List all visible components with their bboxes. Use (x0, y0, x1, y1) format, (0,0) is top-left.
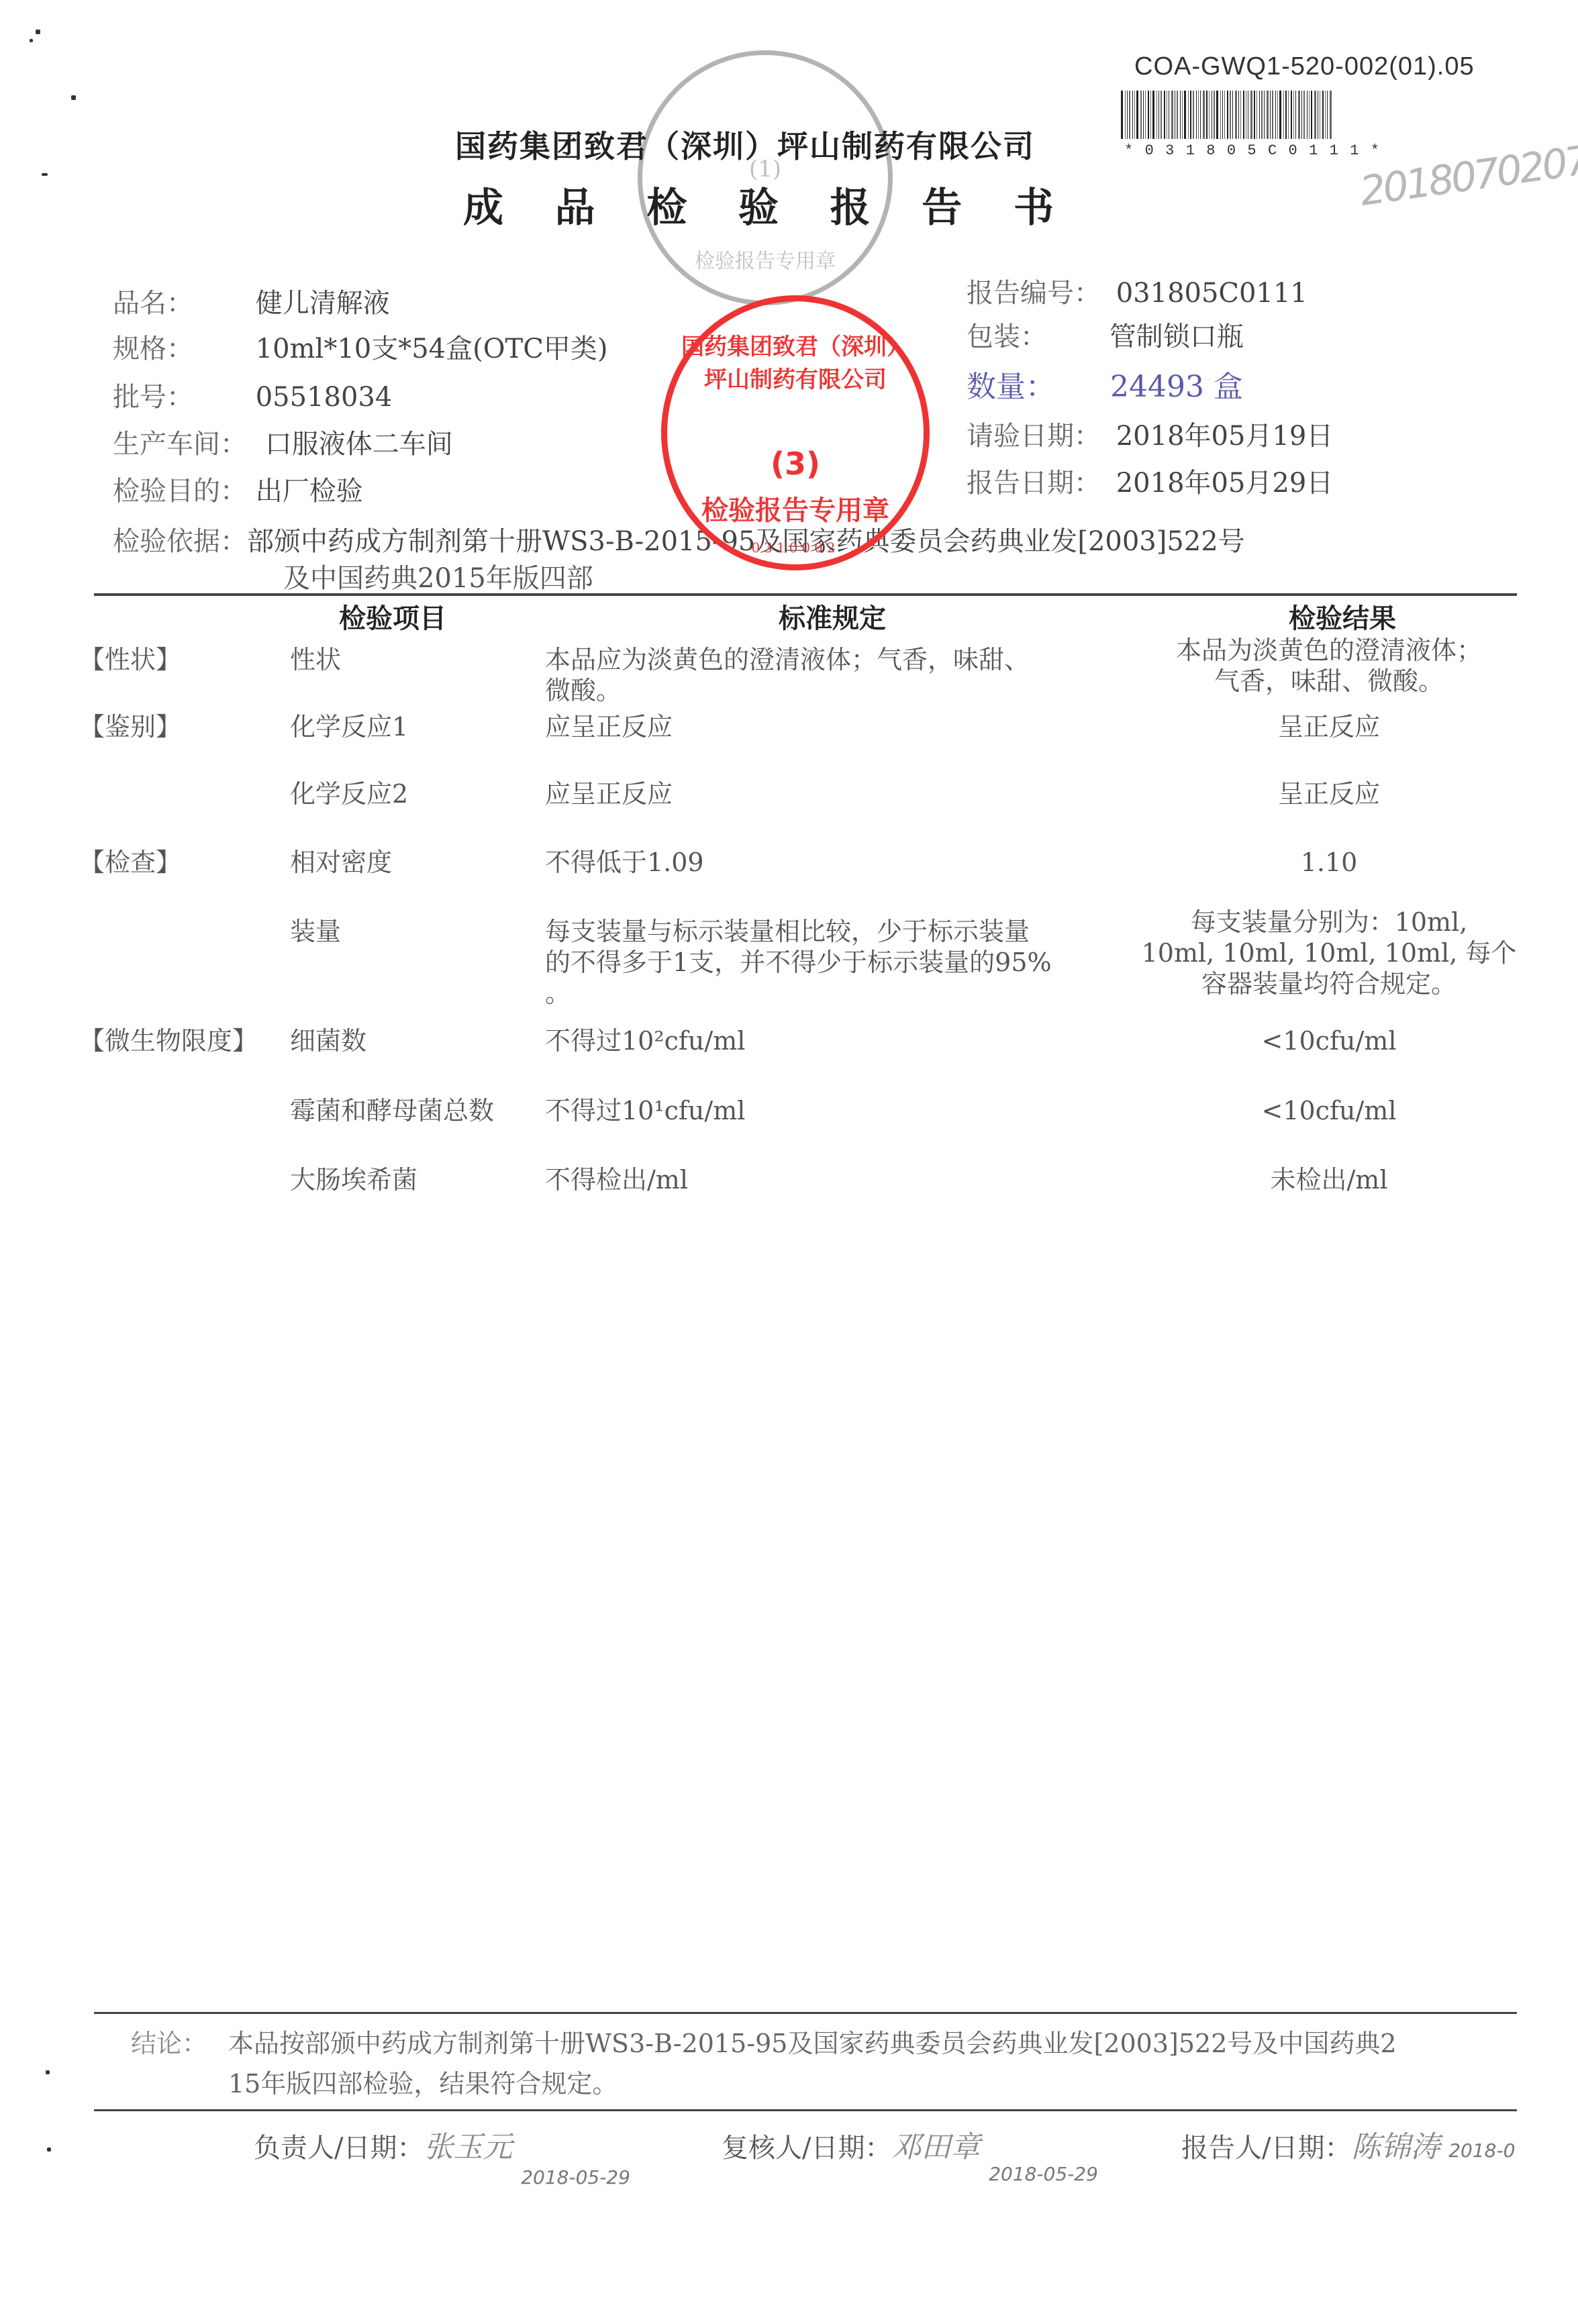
barcode-bar (1212, 91, 1212, 139)
row-item: 化学反应1 (290, 711, 408, 742)
barcode-bar (1224, 91, 1225, 139)
barcode-bar (1169, 91, 1169, 139)
basis-line-2: 及中国药典2015年版四部 (283, 557, 593, 595)
result-line: 呈正反应 (1141, 778, 1517, 809)
row-result: <10cfu/ml (1141, 1025, 1517, 1056)
column-header-result: 检验结果 (1289, 597, 1396, 636)
barcode-bar (1240, 91, 1241, 139)
barcode-bar (1188, 91, 1189, 139)
result-line: 1.10 (1141, 847, 1517, 878)
barcode-char: 1 (1350, 142, 1359, 159)
scan-speck (42, 173, 48, 176)
stamp-label: 检验报告专用章 (642, 244, 888, 274)
barcode-char: 3 (1165, 142, 1174, 159)
title-char: 书 (1014, 176, 1054, 234)
barcode-bar (1295, 91, 1296, 139)
column-header-standard: 标准规定 (779, 597, 886, 636)
barcode-bar (1259, 91, 1260, 139)
field-label: 请验日期： (967, 415, 1101, 453)
field-report-number: 报告编号： 031805C0111 (967, 272, 1308, 310)
conclusion: 结论：本品按部颁中药成方制剂第十册WS3-B-2015-95及国家药典委员会药典… (131, 2023, 1554, 2104)
barcode-bar (1330, 91, 1332, 139)
barcode-bar (1206, 91, 1207, 139)
barcode-bar (1293, 91, 1294, 139)
standard-line: 不得过10¹cfu/ml (545, 1095, 745, 1126)
result-line: 未检出/ml (1141, 1164, 1517, 1195)
conclusion-top-rule (94, 2012, 1517, 2014)
standard-line: 应呈正反应 (545, 711, 673, 742)
barcode-bar (1198, 91, 1199, 139)
barcode-bar (1275, 91, 1276, 139)
title-char: 检 (646, 176, 687, 234)
row-category: 【微生物限度】 (79, 1025, 258, 1056)
barcode-bar (1303, 91, 1305, 139)
field-value: 24493 盒 (1110, 370, 1243, 404)
document-number: COA-GWQ1-520-002(01).05 (1134, 52, 1475, 81)
signature-label: 负责人/日期： (254, 2133, 424, 2164)
row-item: 细菌数 (290, 1025, 366, 1056)
barcode-bar (1320, 91, 1320, 139)
field-value: 出厂检验 (256, 476, 363, 507)
title-char: 报 (830, 176, 871, 234)
standard-line: 的不得多于1支，并不得少于标示装量的95% (545, 947, 1052, 978)
barcode-char: 0 (1145, 142, 1154, 159)
field-value: 05518034 (256, 382, 393, 413)
standard-line: 应呈正反应 (545, 778, 673, 809)
field-purpose: 检验目的： 出厂检验 (113, 470, 363, 508)
barcode-char: 1 (1330, 142, 1338, 159)
standard-line: 。 (545, 978, 1052, 1009)
barcode-bar (1285, 91, 1287, 139)
stamp-ring-text: 国药集团致君（深圳）坪山制药有限公司 (681, 328, 910, 394)
barcode-bar (1190, 91, 1191, 139)
title-char: 成 (463, 176, 503, 234)
scan-speck (36, 30, 40, 34)
signature-label: 报告人/日期： (1181, 2133, 1351, 2164)
barcode-bar (1177, 91, 1178, 139)
row-result: 呈正反应 (1141, 778, 1517, 809)
standard-line: 不得检出/ml (545, 1164, 688, 1195)
column-header-item: 检验项目 (339, 597, 446, 636)
barcode-bar (1171, 91, 1173, 139)
row-result: 本品为淡黄色的澄清液体；气香，味甜、微酸。 (1141, 635, 1517, 697)
barcode-bar (1256, 91, 1257, 139)
barcode-bar (1182, 91, 1183, 139)
row-result: 1.10 (1141, 847, 1517, 878)
barcode-bar (1238, 91, 1239, 139)
row-item: 性状 (290, 644, 341, 675)
scan-speck (71, 95, 76, 100)
stamp-code: 0310002 (667, 540, 924, 556)
conclusion-label: 结论： (131, 2023, 228, 2064)
barcode-bar (1270, 91, 1271, 139)
barcode-bar (1264, 91, 1265, 139)
barcode-bar (1322, 91, 1324, 139)
barcode-bar (1272, 91, 1273, 139)
barcode-bar (1327, 91, 1328, 139)
barcode-char: 8 (1206, 142, 1215, 159)
barcode-bar (1145, 91, 1146, 139)
row-standard: 不得过10²cfu/ml (545, 1025, 745, 1056)
standard-line: 不得过10²cfu/ml (545, 1025, 745, 1056)
barcode-bar (1152, 91, 1154, 139)
title-char: 品 (555, 176, 595, 234)
barcode-bar (1214, 91, 1215, 139)
table-top-rule (94, 593, 1517, 596)
standard-line: 微酸。 (545, 675, 1030, 706)
barcode-char: 5 (1247, 142, 1256, 159)
barcode-bar (1277, 91, 1278, 139)
standard-line: 本品应为淡黄色的澄清液体；气香，味甜、 (545, 644, 1030, 675)
result-line: 呈正反应 (1141, 711, 1517, 742)
barcode-bar (1222, 91, 1223, 139)
barcode-char: 0 (1227, 142, 1236, 159)
result-line: 气香，味甜、微酸。 (1141, 666, 1517, 697)
handwritten-signature: 邓田章 (891, 2130, 980, 2164)
barcode-bar (1254, 91, 1255, 139)
barcode-bar (1246, 91, 1246, 139)
field-specification: 规格： 10ml*10支*54盒(OTC甲类) (113, 327, 607, 366)
barcode-bar (1261, 91, 1263, 139)
result-line: 每支装量分别为：10ml, (1141, 907, 1517, 938)
report-title: 成 品 检 验 报 告 书 (463, 176, 1054, 234)
barcode-char: 0 (1289, 142, 1297, 159)
barcode-bar (1196, 91, 1197, 139)
barcode-bar (1248, 91, 1248, 139)
field-value: 10ml*10支*54盒(OTC甲类) (256, 334, 608, 364)
field-label: 品名： (113, 282, 231, 320)
signature-reporter: 报告人/日期：陈锦涛 2018-0 (1181, 2123, 1515, 2166)
handwritten-signature: 张玉元 (424, 2130, 512, 2164)
result-line: <10cfu/ml (1141, 1025, 1517, 1056)
field-value: 管制锁口瓶 (1109, 321, 1244, 352)
field-label: 检验依据： (113, 520, 247, 558)
barcode-bar (1161, 91, 1162, 139)
field-report-date: 报告日期： 2018年05月29日 (967, 462, 1333, 500)
barcode-bar (1216, 91, 1218, 139)
barcode-bar (1232, 91, 1233, 139)
barcode-bar (1175, 91, 1175, 139)
barcode-bar (1148, 91, 1149, 139)
row-result: 呈正反应 (1141, 711, 1517, 742)
barcode-bar (1200, 91, 1201, 139)
barcode-bar (1227, 91, 1228, 139)
signature-responsible: 负责人/日期：张玉元 2018-05-29 (254, 2123, 630, 2166)
signature-label: 复核人/日期： (722, 2133, 891, 2164)
barcode-bar (1193, 91, 1194, 139)
row-standard: 应呈正反应 (545, 778, 673, 809)
barcode-bar (1209, 91, 1210, 139)
row-result: <10cfu/ml (1141, 1095, 1517, 1126)
barcode-bar (1203, 91, 1205, 139)
barcode-bar (1267, 91, 1269, 139)
barcode-bar (1184, 91, 1186, 139)
barcode-char: * (1124, 142, 1133, 159)
field-packaging: 包装： 管制锁口瓶 (967, 315, 1244, 354)
row-standard: 不得检出/ml (545, 1164, 688, 1195)
field-label: 生产车间： (113, 423, 247, 461)
title-char: 验 (738, 176, 779, 234)
field-value: 2018年05月19日 (1116, 421, 1334, 452)
row-category: 【性状】 (79, 644, 181, 675)
barcode-bar (1230, 91, 1231, 139)
barcode-bar (1134, 91, 1135, 139)
row-standard: 不得低于1.09 (545, 847, 704, 878)
barcode-bar (1250, 91, 1252, 139)
row-result: 未检出/ml (1141, 1164, 1517, 1195)
barcode-bar (1164, 91, 1165, 139)
handwritten-signature: 陈锦涛 (1351, 2130, 1440, 2164)
barcode-bar (1311, 91, 1312, 139)
row-item: 装量 (290, 916, 341, 947)
barcode (1121, 91, 1381, 139)
row-standard: 本品应为淡黄色的澄清液体；气香，味甜、微酸。 (545, 644, 1030, 706)
barcode-bar (1318, 91, 1318, 139)
barcode-bar (1167, 91, 1167, 139)
field-label: 规格： (113, 327, 231, 366)
field-label: 数量： (967, 362, 1085, 405)
row-item: 霉菌和酵母菌总数 (290, 1095, 494, 1126)
barcode-bar (1220, 91, 1221, 139)
result-line: 10ml, 10ml, 10ml, 10ml, 每个 (1141, 938, 1517, 968)
field-label: 检验目的： (113, 470, 247, 508)
barcode-bar (1180, 91, 1181, 139)
barcode-bar (1125, 91, 1126, 139)
barcode-bar (1307, 91, 1308, 139)
row-category: 【检查】 (79, 847, 181, 878)
handwritten-number: 20180702079 (1357, 134, 1578, 215)
field-value: 2018年05月29日 (1116, 468, 1334, 499)
barcode-char: 1 (1186, 142, 1195, 159)
barcode-bar (1235, 91, 1237, 139)
row-item: 相对密度 (290, 847, 392, 878)
barcode-char: 1 (1309, 142, 1318, 159)
result-line: 容器装量均符合规定。 (1141, 968, 1517, 999)
field-value: 健儿清解液 (256, 288, 390, 319)
field-label: 批号： (113, 376, 231, 414)
barcode-bar (1283, 91, 1284, 139)
barcode-bar (1298, 91, 1300, 139)
row-result: 每支装量分别为：10ml,10ml, 10ml, 10ml, 10ml, 每个容… (1141, 907, 1517, 999)
barcode-bar (1158, 91, 1159, 139)
barcode-bar (1309, 91, 1310, 139)
field-batch-number: 批号： 05518034 (113, 376, 392, 414)
barcode-char: * (1371, 142, 1379, 159)
barcode-char: C (1268, 142, 1277, 159)
signature-date: 2018-05-29 (521, 2166, 630, 2188)
barcode-bar (1121, 91, 1123, 139)
barcode-bar (1314, 91, 1316, 139)
result-line: 本品为淡黄色的澄清液体； (1141, 635, 1517, 666)
barcode-bar (1243, 91, 1244, 139)
stamp-label: 检验报告专用章 (667, 489, 924, 527)
field-label: 报告编号： (967, 272, 1101, 310)
barcode-bar (1132, 91, 1133, 139)
barcode-bar (1127, 91, 1128, 139)
row-standard: 每支装量与标示装量相比较，少于标示装量的不得多于1支，并不得少于标示装量的95%… (545, 916, 1052, 1009)
barcode-bar (1150, 91, 1151, 139)
barcode-bar (1140, 91, 1142, 139)
field-quantity: 数量： 24493 盒 (967, 362, 1243, 405)
barcode-bar (1301, 91, 1302, 139)
barcode-bar (1291, 91, 1292, 139)
row-category: 【鉴别】 (79, 711, 181, 742)
stamp-number: (3) (667, 446, 924, 482)
signature-date: 2018-0 (1448, 2139, 1515, 2162)
row-standard: 应呈正反应 (545, 711, 673, 742)
conclusion-line-1: 本品按部颁中药成方制剂第十册WS3-B-2015-95及国家药典委员会药典业发[… (228, 2029, 1397, 2058)
scan-speck (47, 2148, 51, 2152)
conclusion-line-2: 15年版四部检验，结果符合规定。 (131, 2064, 1554, 2104)
scan-speck (46, 2070, 50, 2074)
row-standard: 不得过10¹cfu/ml (545, 1095, 745, 1126)
result-line: <10cfu/ml (1141, 1095, 1517, 1126)
standard-line: 不得低于1.09 (545, 847, 704, 878)
field-value: 口服液体二车间 (265, 429, 453, 460)
barcode-bar (1136, 91, 1138, 139)
field-workshop: 生产车间： 口服液体二车间 (113, 423, 453, 461)
scan-speck (30, 39, 33, 42)
row-item: 大肠埃希菌 (290, 1164, 417, 1195)
company-name: 国药集团致君（深圳）坪山制药有限公司 (443, 122, 1047, 166)
row-item: 化学反应2 (290, 778, 408, 809)
standard-line: 每支装量与标示装量相比较，少于标示装量 (545, 916, 1052, 947)
field-product-name: 品名： 健儿清解液 (113, 282, 390, 320)
signature-reviewer: 复核人/日期：邓田章 2018-05-29 (722, 2123, 1098, 2166)
barcode-text: *031805C0111* (1124, 142, 1379, 159)
barcode-bar (1279, 91, 1281, 139)
field-label: 报告日期： (967, 462, 1101, 500)
barcode-bar (1129, 91, 1130, 139)
signature-date: 2018-05-29 (989, 2163, 1098, 2185)
barcode-bar (1325, 91, 1326, 139)
field-label: 包装： (967, 315, 1085, 354)
field-value: 031805C0111 (1116, 278, 1308, 309)
field-request-date: 请验日期： 2018年05月19日 (967, 415, 1333, 453)
barcode-bar (1156, 91, 1157, 139)
barcode-bar (1288, 91, 1289, 139)
inspection-stamp-red: 国药集团致君（深圳）坪山制药有限公司 (3) 检验报告专用章 0310002 (661, 295, 930, 570)
title-char: 告 (922, 176, 962, 234)
signature-top-rule (94, 2109, 1517, 2111)
barcode-bar (1143, 91, 1144, 139)
